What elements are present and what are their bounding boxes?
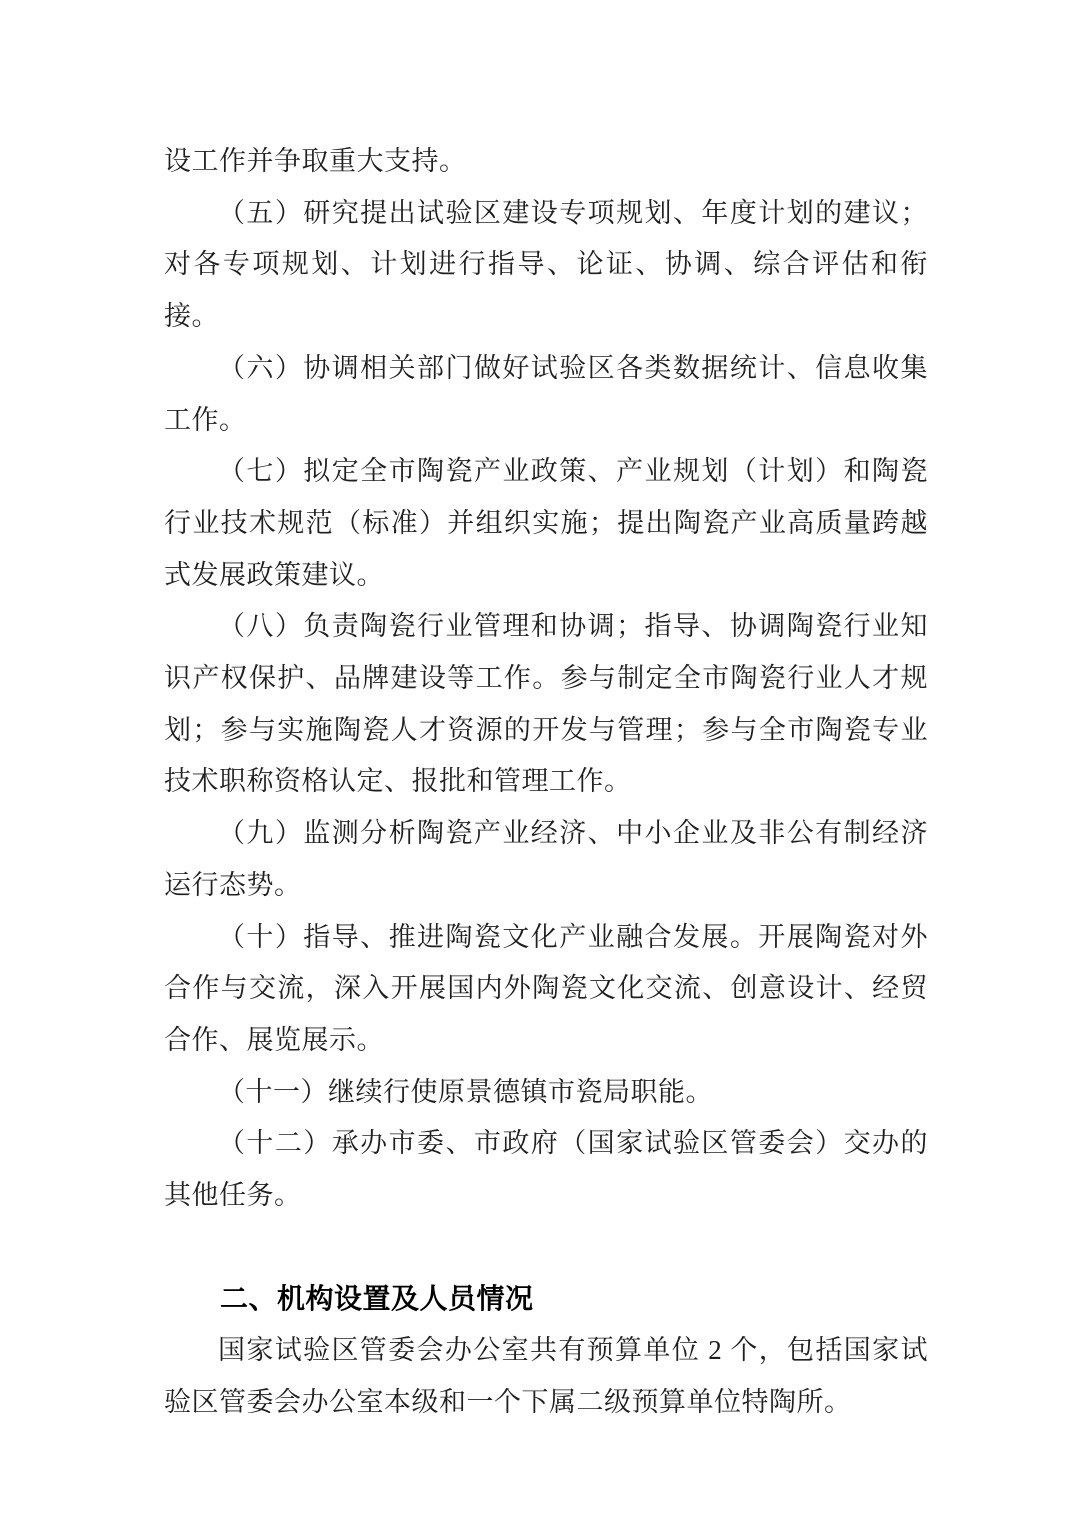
body-paragraph: （十一）继续行使原景德镇市瓷局职能。 xyxy=(164,1067,928,1119)
body-paragraph: 国家试验区管委会办公室共有预算单位 2 个，包括国家试验区管委会办公室本级和一个… xyxy=(164,1325,928,1428)
body-paragraph: （六）协调相关部门做好试验区各类数据统计、信息收集工作。 xyxy=(164,343,928,446)
body-paragraph: （八）负责陶瓷行业管理和协调；指导、协调陶瓷行业知识产权保护、品牌建设等工作。参… xyxy=(164,601,928,808)
body-paragraph: （五）研究提出试验区建设专项规划、年度计划的建议；对各专项规划、计划进行指导、论… xyxy=(164,188,928,343)
body-paragraph: （十二）承办市委、市政府（国家试验区管委会）交办的其他任务。 xyxy=(164,1118,928,1221)
body-paragraph: （九）监测分析陶瓷产业经济、中小企业及非公有制经济运行态势。 xyxy=(164,808,928,911)
body-paragraph: （七）拟定全市陶瓷产业政策、产业规划（计划）和陶瓷行业技术规范（标准）并组织实施… xyxy=(164,446,928,601)
body-paragraph: （十）指导、推进陶瓷文化产业融合发展。开展陶瓷对外合作与交流，深入开展国内外陶瓷… xyxy=(164,912,928,1067)
document-content: 设工作并争取重大支持。（五）研究提出试验区建设专项规划、年度计划的建议；对各专项… xyxy=(164,136,928,1429)
blank-line xyxy=(164,1222,928,1274)
continuation-paragraph: 设工作并争取重大支持。 xyxy=(164,136,928,188)
section-heading: 二、机构设置及人员情况 xyxy=(164,1273,928,1325)
document-page: 设工作并争取重大支持。（五）研究提出试验区建设专项规划、年度计划的建议；对各专项… xyxy=(0,0,1074,1520)
